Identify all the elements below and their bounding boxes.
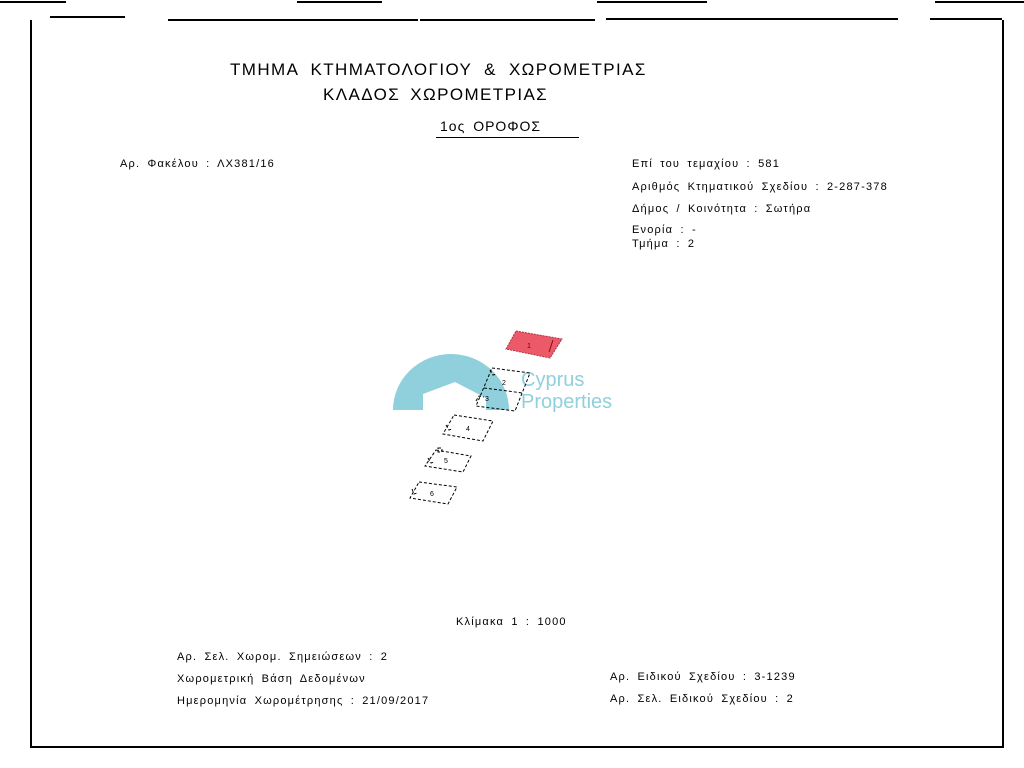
svg-text:2: 2 xyxy=(502,380,506,387)
svg-text:3: 3 xyxy=(485,396,489,403)
svg-text:6: 6 xyxy=(430,491,434,498)
svg-text:4: 4 xyxy=(466,426,470,433)
unit-1: 1 xyxy=(506,331,562,358)
floor-plan-sketch: 1 2 3 4 5 6 xyxy=(0,0,1024,768)
svg-text:1: 1 xyxy=(527,343,531,350)
svg-text:5: 5 xyxy=(444,458,448,465)
special-plan-number: Αρ. Ειδικού Σχεδίου : 3-1239 xyxy=(610,671,796,683)
special-plan-page: Αρ. Σελ. Ειδικού Σχεδίου : 2 xyxy=(610,693,794,705)
survey-date: Ημερομηνία Χωρομέτρησης : 21/09/2017 xyxy=(177,695,429,707)
survey-database: Χωρομετρική Βάση Δεδομένων xyxy=(177,673,366,685)
scale-label: Κλίμακα 1 : 1000 xyxy=(456,616,567,628)
unit-5 xyxy=(425,448,471,472)
survey-notes-page: Αρ. Σελ. Χωρομ. Σημειώσεων : 2 xyxy=(177,651,388,663)
unit-2-3 xyxy=(476,368,530,411)
